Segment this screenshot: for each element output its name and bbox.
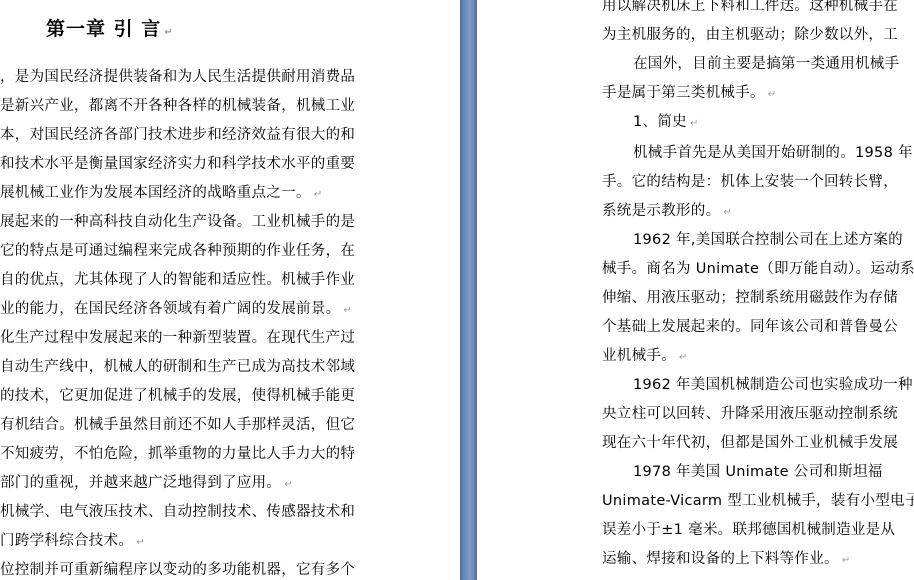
text-line-content: 自动生产线中，机械人的研制和生产已成为高技术邻域 <box>0 359 355 375</box>
text-line-content: 化生产过程中发展起来的一种新型装置。在现代生产过 <box>0 330 355 346</box>
text-line-content: 械手。商名为 Unimate（即万能自动）。运动系 <box>602 261 914 277</box>
text-line-content: 部门的重视，并越来越广泛地得到了应用。 <box>0 475 281 491</box>
text-line-content: 是新兴产业，都离不开各种各样的机械装备，机械工业 <box>0 98 355 114</box>
text-line: 伸缩、用液压驱动；控制系统用磁鼓作为存储 <box>602 289 898 307</box>
paragraph-mark-icon: ↵ <box>284 479 293 490</box>
text-line: 自动生产线中，机械人的研制和生产已成为高技术邻域 <box>0 358 355 376</box>
text-line: 的技术，它更加促进了机械手的发展，使得机械手能更 <box>0 387 355 405</box>
text-line: 化生产过程中发展起来的一种新型装置。在现代生产过 <box>0 329 355 347</box>
text-line-content: 位控制并可重新编程序以变动的多功能机器，它有多个 <box>0 562 355 578</box>
chapter-heading: 第一章 引 言↵ <box>46 14 174 41</box>
text-line: 央立柱可以回转、升降采用液压驱动控制系统 <box>602 405 898 423</box>
text-line: 械手。商名为 Unimate（即万能自动）。运动系 <box>602 260 914 278</box>
left-page[interactable]: 第一章 引 言↵ ，是为国民经济提供装备和为人民生活提供耐用消费品是新兴产业，都… <box>0 0 460 580</box>
text-line-content: 系统是示教形的。 <box>602 203 720 219</box>
text-line: 系统是示教形的。↵ <box>602 202 732 222</box>
text-line: 机械手首先是从美国开始研制的。1958 年 <box>633 144 913 162</box>
text-line-content: 自的优点，尤其体现了人的智能和适应性。机械手作业 <box>0 272 355 288</box>
text-line-content: 手是属于第三类机械手。 <box>602 85 765 101</box>
paragraph-mark-icon: ↵ <box>314 189 323 200</box>
text-line: 有机结合。机械手虽然目前还不如人手那样灵活，但它 <box>0 416 355 434</box>
text-line: 运输、焊接和设备的上下料等作业。↵ <box>602 550 851 570</box>
chapter-heading-text: 第一章 引 言 <box>46 18 161 40</box>
text-line-content: 有机结合。机械手虽然目前还不如人手那样灵活，但它 <box>0 417 355 433</box>
paragraph-mark-icon: ↵ <box>136 537 145 548</box>
text-line-content: 1962 年美国机械制造公司也实验成功一种 <box>633 377 913 393</box>
text-line-content: 运输、焊接和设备的上下料等作业。 <box>602 551 839 567</box>
text-line: 是新兴产业，都离不开各种各样的机械装备，机械工业 <box>0 97 355 115</box>
text-line: 在国外，目前主要是搞第一类通用机械手 <box>633 55 899 73</box>
paragraph-mark-icon: ↵ <box>690 118 699 129</box>
text-line: 展机械工业作为发展本国经济的战略重点之一。↵ <box>0 184 323 204</box>
text-line-content: ，是为国民经济提供装备和为人民生活提供耐用消费品 <box>0 69 355 85</box>
text-line-content: 在国外，目前主要是搞第一类通用机械手 <box>633 56 899 72</box>
text-line: 为主机服务的，由主机驱动；除少数以外，工 <box>602 26 898 44</box>
text-line-content: 它的特点是可通过编程来完成各种预期的作业任务，在 <box>0 243 355 259</box>
text-line: ，是为国民经济提供装备和为人民生活提供耐用消费品 <box>0 68 355 86</box>
text-line: 自的优点，尤其体现了人的智能和适应性。机械手作业 <box>0 271 355 289</box>
text-line: 现在六十年代初，但都是国外工业机械手发展 <box>602 434 898 452</box>
text-line-content: 不知疲劳，不怕危险，抓举重物的力量比人手力大的特 <box>0 446 355 462</box>
text-line-content: 手。它的结构是：机体上安装一个回转长臂， <box>602 174 898 190</box>
text-line: 和技术水平是衡量国家经济实力和科学技术水平的重要 <box>0 155 355 173</box>
text-line-content: 门跨学科综合技术。 <box>0 533 133 549</box>
text-line-content: 展起来的一种高科技自动化生产设备。工业机械手的是 <box>0 214 355 230</box>
page-gutter <box>460 0 477 580</box>
text-line-content: 机械手首先是从美国开始研制的。1958 年 <box>633 145 913 161</box>
paragraph-mark-icon: ↵ <box>723 207 732 218</box>
text-line-content: 1962 年,美国联合控制公司在上述方案的 <box>633 232 903 248</box>
text-line: 手是属于第三类机械手。↵ <box>602 84 777 104</box>
text-line: 展起来的一种高科技自动化生产设备。工业机械手的是 <box>0 213 355 231</box>
text-line: 机械学、电气液压技术、自动控制技术、传感器技术和 <box>0 503 355 521</box>
text-line: 门跨学科综合技术。↵ <box>0 532 145 552</box>
right-page[interactable]: 用以解决机床上下料和工件送。这种机械手在为主机服务的，由主机驱动；除少数以外，工… <box>477 0 914 580</box>
text-line-content: 的技术，它更加促进了机械手的发展，使得机械手能更 <box>0 388 355 404</box>
text-line: 业的能力，在国民经济各领域有着广阔的发展前景。↵ <box>0 300 352 320</box>
text-line: 业机械手。↵ <box>602 347 688 367</box>
text-line-content: 央立柱可以回转、升降采用液压驱动控制系统 <box>602 406 898 422</box>
text-line: 1962 年,美国联合控制公司在上述方案的 <box>633 231 903 249</box>
text-line-content: 误差小于±1 毫米。联邦德国机械制造业是从 <box>602 522 895 538</box>
text-line-content: 机械学、电气液压技术、自动控制技术、传感器技术和 <box>0 504 355 520</box>
text-line-content: 个基础上发展起来的。同年该公司和普鲁曼公 <box>602 319 898 335</box>
text-line: 手。它的结构是：机体上安装一个回转长臂， <box>602 173 898 191</box>
paragraph-mark-icon: ↵ <box>679 352 688 363</box>
text-line: 误差小于±1 毫米。联邦德国机械制造业是从 <box>602 521 895 539</box>
text-line-content: 为主机服务的，由主机驱动；除少数以外，工 <box>602 27 898 43</box>
text-line: 1978 年美国 Unimate 公司和斯坦福 <box>633 463 883 481</box>
text-line-content: 业的能力，在国民经济各领域有着广阔的发展前景。 <box>0 301 340 317</box>
text-line-content: 1、简史 <box>633 114 687 130</box>
text-line: 它的特点是可通过编程来完成各种预期的作业任务，在 <box>0 242 355 260</box>
text-line-content: 本，对国民经济各部门技术进步和经济效益有很大的和 <box>0 127 355 143</box>
text-line: 用以解决机床上下料和工件送。这种机械手在 <box>602 0 898 15</box>
text-line-content: 和技术水平是衡量国家经济实力和科学技术水平的重要 <box>0 156 355 172</box>
text-line-content: 伸缩、用液压驱动；控制系统用磁鼓作为存储 <box>602 290 898 306</box>
text-line: 位控制并可重新编程序以变动的多功能机器，它有多个 <box>0 561 355 579</box>
text-line-content: 展机械工业作为发展本国经济的战略重点之一。 <box>0 185 311 201</box>
text-line: Unimate-Vicarm 型工业机械手，装有小型电子 <box>602 492 914 510</box>
text-line: 部门的重视，并越来越广泛地得到了应用。↵ <box>0 474 293 494</box>
text-line: 个基础上发展起来的。同年该公司和普鲁曼公 <box>602 318 898 336</box>
text-line: 1、简史↵ <box>633 113 699 133</box>
text-line-content: 用以解决机床上下料和工件送。这种机械手在 <box>602 0 898 14</box>
text-line: 不知疲劳，不怕危险，抓举重物的力量比人手力大的特 <box>0 445 355 463</box>
paragraph-mark-icon: ↵ <box>343 305 352 316</box>
text-line: 1962 年美国机械制造公司也实验成功一种 <box>633 376 913 394</box>
paragraph-mark-icon: ↵ <box>768 89 777 100</box>
paragraph-mark-icon: ↵ <box>842 555 851 566</box>
text-line-content: 现在六十年代初，但都是国外工业机械手发展 <box>602 435 898 451</box>
text-line-content: Unimate-Vicarm 型工业机械手，装有小型电子 <box>602 493 914 509</box>
text-line: 本，对国民经济各部门技术进步和经济效益有很大的和 <box>0 126 355 144</box>
text-line-content: 1978 年美国 Unimate 公司和斯坦福 <box>633 464 883 480</box>
text-line-content: 业机械手。 <box>602 348 676 364</box>
paragraph-mark-icon: ↵ <box>164 27 173 38</box>
